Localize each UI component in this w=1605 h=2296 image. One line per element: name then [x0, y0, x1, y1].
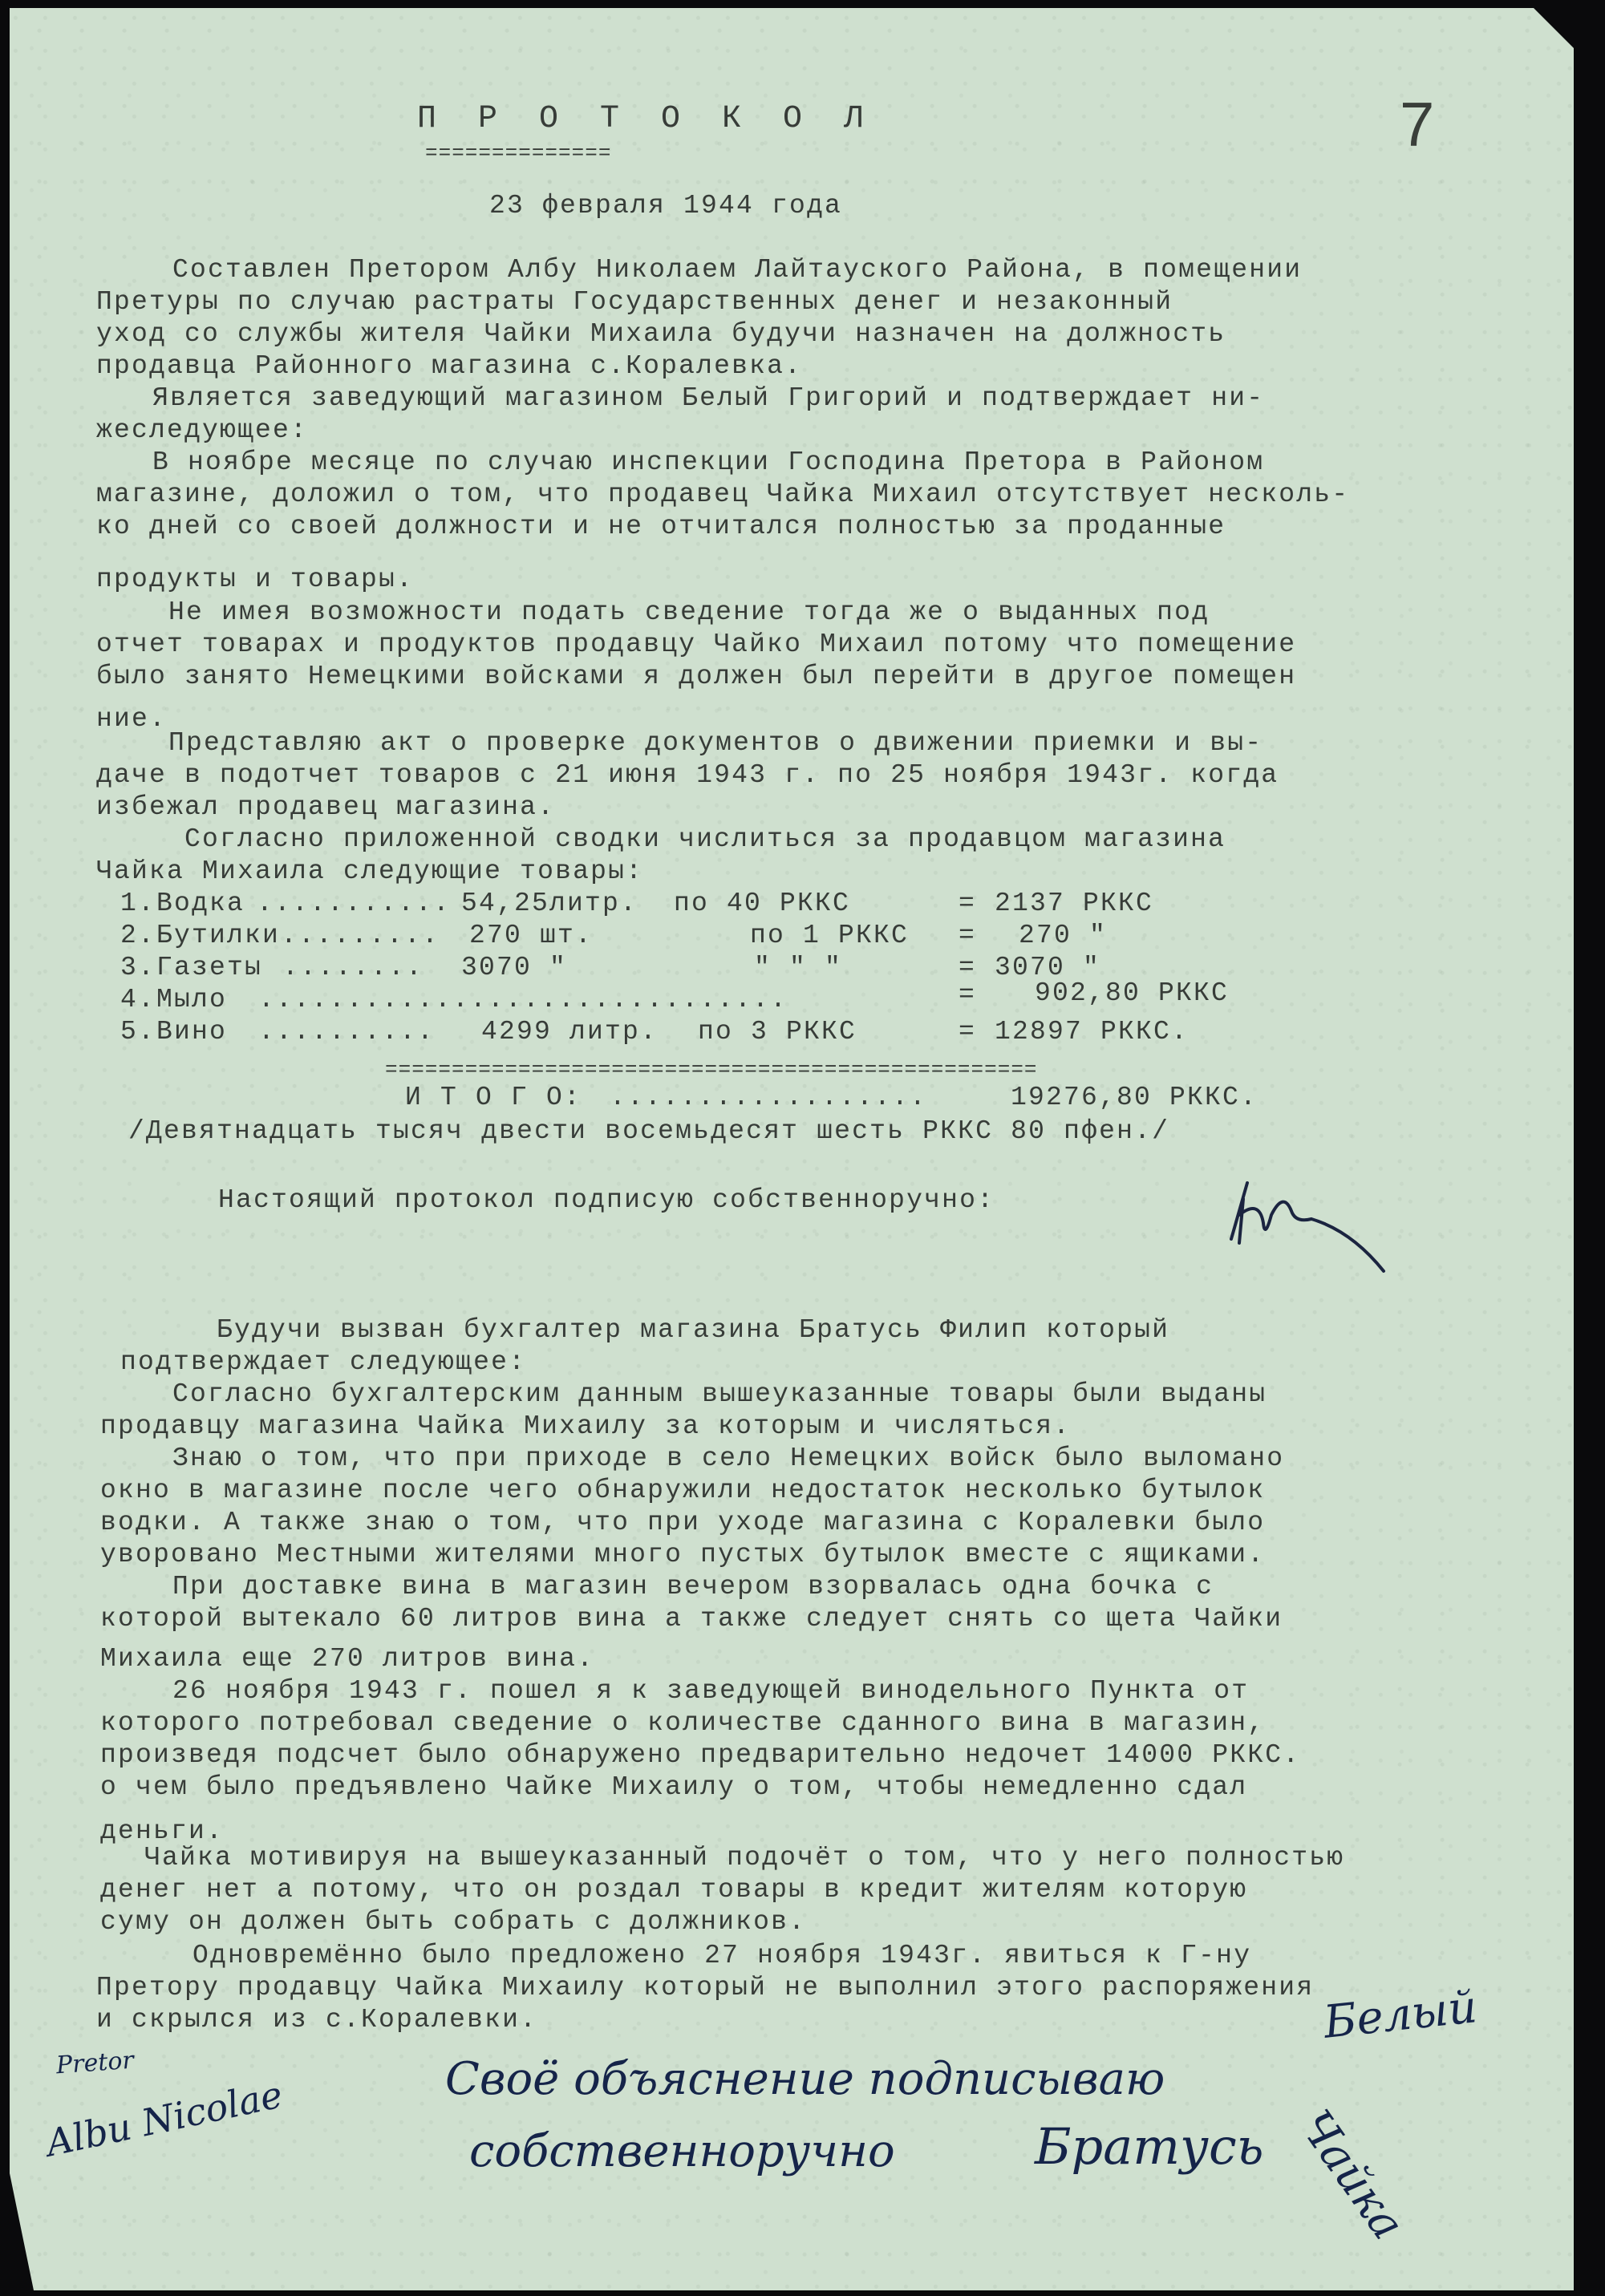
text-line: продукты и товары. [96, 565, 414, 595]
text-line: суму он должен быть собрать с должников. [100, 1907, 806, 1938]
total-in-words: /Девятнадцать тысяч двести восемьдесят ш… [128, 1116, 1169, 1147]
text-line: Является заведующий магазином Белый Григ… [152, 383, 1264, 414]
equals-sign: = [959, 953, 976, 983]
row-number: 1. [120, 889, 156, 919]
leader-dots: ........... [257, 889, 451, 919]
leader-dots: .................. [610, 1083, 927, 1113]
date-line: 23 февраля 1944 года [489, 191, 842, 221]
item-quantity: 270 шт. [469, 921, 593, 951]
handwritten-pretor-note: Pretor [55, 2047, 135, 2080]
text-line: Чайка мотивируя на вышеуказанный подочёт… [144, 1843, 1344, 1873]
text-line: 26 ноября 1943 г. пошел я к заведующей в… [172, 1676, 1249, 1707]
text-line: денег нет а потому, что он роздал товары… [100, 1875, 1247, 1905]
table-separator: ========================================… [385, 1055, 1038, 1085]
item-name: Мыло [156, 985, 227, 1015]
text-line: было занято Немецкими войсками я должен … [96, 662, 1296, 692]
item-name: Бутилки [156, 921, 280, 951]
text-line: ние. [96, 704, 167, 735]
page-number-mark: 7 [1400, 88, 1434, 161]
leader-dots: .............................. [241, 985, 788, 1015]
text-line: о чем было предъявлено Чайке Михаилу о т… [100, 1772, 1247, 1803]
equals-sign: = [959, 889, 976, 919]
text-line: магазине, доложил о том, что продавец Ча… [96, 480, 1349, 510]
row-number: 3. [120, 953, 156, 983]
item-amount: 2137 РККС [995, 889, 1153, 919]
text-line: продавцу магазина Чайка Михаилу за котор… [100, 1411, 1071, 1442]
row-number: 4. [120, 985, 156, 1015]
text-line: Будучи вызван бухгалтер магазина Братусь… [217, 1315, 1169, 1346]
item-rate: по 40 РККС [674, 889, 850, 919]
leader-dots: ......... [281, 921, 440, 951]
text-line: уворовано Местными жителями много пустых… [100, 1540, 1265, 1570]
handwritten-statement-line-2: собственноручно [469, 2125, 895, 2177]
item-name: Газеты [156, 953, 262, 983]
text-line: продавца Районного магазина с.Коралевка. [96, 351, 802, 382]
item-rate: по 1 РККС [750, 921, 909, 951]
item-amount: 902,80 РККС [1035, 978, 1229, 1009]
item-amount: 270 " [1019, 921, 1107, 951]
text-line: избежал продавец магазина. [96, 792, 555, 823]
text-line: Чайка Михаила следующие товары: [96, 856, 643, 887]
signature-statement-1: Настоящий протокол подписую собственнору… [218, 1185, 995, 1216]
text-line: которой вытекало 60 литров вина а также … [100, 1604, 1283, 1634]
handwritten-bratus-signature: Братусь [1035, 2117, 1263, 2176]
text-line: жеследующее: [96, 415, 308, 446]
text-line: и скрылся из с.Коралевки. [96, 2005, 537, 2035]
item-rate: по 3 РККС [698, 1017, 857, 1047]
text-line: которого потребовал сведение о количеств… [100, 1708, 1265, 1739]
text-line: водки. А также знаю о том, что при уходе… [100, 1508, 1265, 1538]
text-line: При доставке вина в магазин вечером взор… [172, 1572, 1214, 1602]
text-line: Согласно бухгалтерским данным вышеуказан… [172, 1379, 1267, 1410]
text-line: Претуры по случаю растраты Государственн… [96, 287, 1173, 318]
text-line: уход со службы жителя Чайки Михаила буду… [96, 319, 1226, 350]
equals-sign: = [959, 980, 976, 1010]
item-rate: " " " [754, 953, 842, 983]
text-line: Претору продавцу Чайка Михаилу который н… [96, 1973, 1314, 2003]
row-number: 5. [120, 1017, 156, 1047]
text-line: Михаила еще 270 литров вина. [100, 1644, 594, 1674]
item-name: Вино [156, 1017, 227, 1047]
total-label: И Т О Г О: [405, 1083, 582, 1113]
item-quantity: 4299 литр. [481, 1017, 658, 1047]
text-line: даче в подотчет товаров с 21 июня 1943 г… [96, 760, 1279, 791]
document-title: П Р О Т О К О Л [417, 104, 874, 135]
equals-sign: = [959, 1017, 976, 1047]
text-line: подтверждает следующее: [120, 1347, 526, 1378]
item-quantity: 54,25литр. [461, 889, 638, 919]
leader-dots: ........ [265, 953, 424, 983]
item-amount: 12897 РККС. [995, 1017, 1189, 1047]
text-line: ко дней со своей должности и не отчиталс… [96, 512, 1226, 542]
equals-sign: = [959, 921, 976, 951]
text-line: Составлен Претором Албу Николаем Лайтаус… [172, 255, 1302, 285]
text-line: Представляю акт о проверке документов о … [168, 728, 1263, 759]
item-name: Водка [156, 889, 245, 919]
text-line: отчет товарах и продуктов продавцу Чайко… [96, 630, 1296, 660]
signature-mark-1 [1215, 1167, 1408, 1287]
text-line: Согласно приложенной сводки числиться за… [184, 824, 1226, 855]
text-line: окно в магазине после чего обнаружили не… [100, 1476, 1265, 1506]
title-underline: ============== [425, 138, 611, 168]
leader-dots: .......... [241, 1017, 435, 1047]
text-line: Одновремённо было предложено 27 ноября 1… [193, 1941, 1251, 1971]
total-value: 19276,80 РККС. [1011, 1083, 1258, 1113]
handwritten-statement-line-1: Своё объяснение подписываю [445, 2053, 1165, 2105]
text-line: Не имея возможности подать сведение тогд… [168, 597, 1210, 628]
text-line: Знаю о том, что при приходе в село Немец… [172, 1444, 1284, 1474]
text-line: В ноябре месяце по случаю инспекции Госп… [152, 447, 1264, 478]
row-number: 2. [120, 921, 156, 951]
text-line: произведя подсчет было обнаружено предва… [100, 1740, 1300, 1771]
item-quantity: 3070 " [461, 953, 567, 983]
